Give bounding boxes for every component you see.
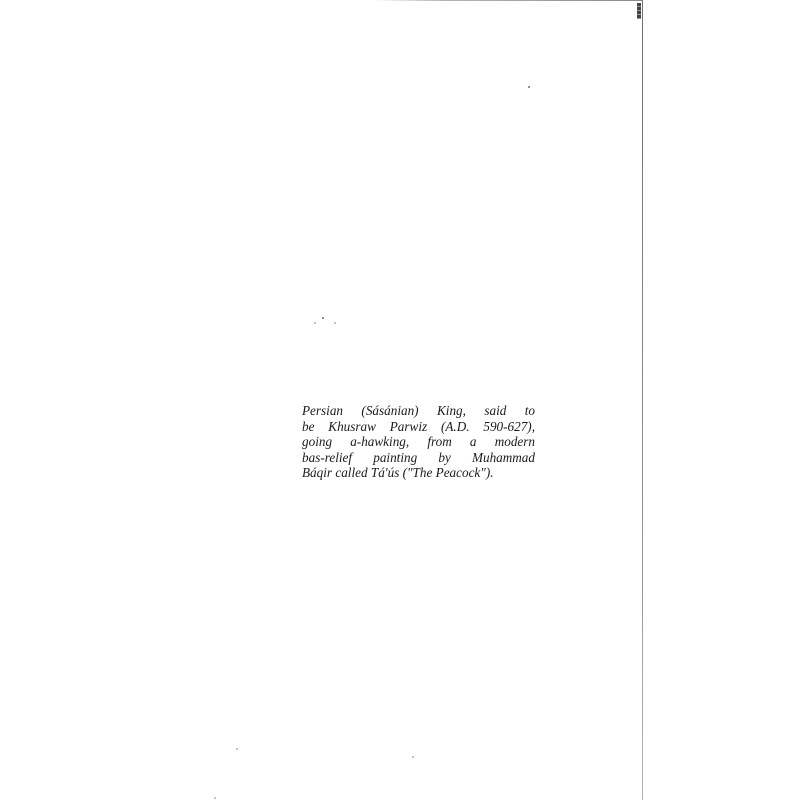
caption-line: be Khusraw Parwiz (A.D. 590-627), xyxy=(302,419,535,435)
binding-mark xyxy=(637,3,641,19)
scanned-page: Persian (Sásánian) King, said to be Khus… xyxy=(0,0,800,800)
figure-caption: Persian (Sásánian) King, said to be Khus… xyxy=(302,403,535,481)
scan-speck xyxy=(412,756,414,758)
scan-speck xyxy=(322,317,324,319)
scan-speck xyxy=(214,797,216,799)
caption-line: Persian (Sásánian) King, said to xyxy=(302,403,535,419)
caption-line: going a-hawking, from a modern xyxy=(302,434,535,450)
scan-speck xyxy=(334,322,336,324)
scan-speck xyxy=(314,322,316,324)
page-top-edge xyxy=(375,0,642,1)
scan-speck xyxy=(528,86,530,88)
caption-line: bas-relief painting by Muhammad xyxy=(302,450,535,466)
page-right-edge xyxy=(642,0,643,800)
scan-speck xyxy=(236,748,238,750)
caption-line: Báqir called Tá'ús ("The Peacock"). xyxy=(302,465,535,481)
